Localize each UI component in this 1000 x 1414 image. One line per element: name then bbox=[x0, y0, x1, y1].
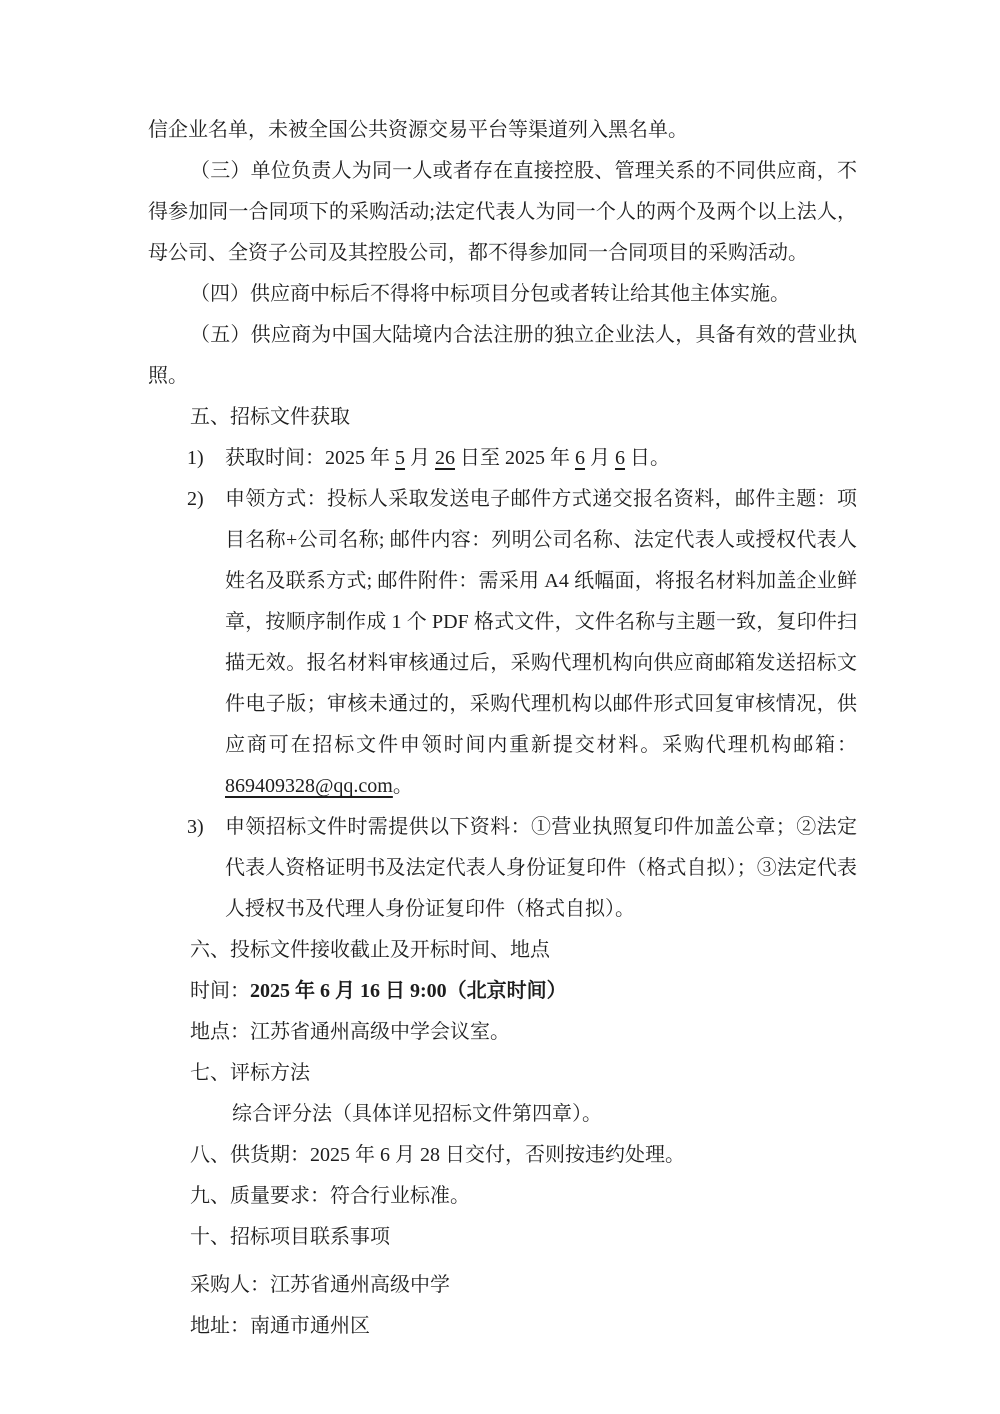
time-value: 2025 年 6 月 16 日 9:00（北京时间） bbox=[250, 980, 567, 1002]
underlined-month-start: 5 bbox=[395, 447, 405, 469]
time-label: 时间： bbox=[190, 980, 250, 1002]
underlined-month-end: 6 bbox=[575, 447, 585, 469]
list-item-1-text-3: 日至 2025 年 bbox=[455, 447, 575, 469]
clause-3: （三）单位负责人为同一人或者存在直接控股、管理关系的不同供应商，不得参加同一合同… bbox=[148, 151, 857, 274]
continuation-line: 信企业名单，未被全国公共资源交易平台等渠道列入黑名单。 bbox=[148, 110, 857, 151]
list-item-2-text: 申领方式：投标人采取发送电子邮件方式递交报名资料，邮件主题：项目名称+公司名称;… bbox=[225, 488, 857, 756]
list-item-3-text: 申领招标文件时需提供以下资料：①营业执照复印件加盖公章；②法定代表人资格证明书及… bbox=[225, 816, 857, 920]
document-page: 信企业名单，未被全国公共资源交易平台等渠道列入黑名单。 （三）单位负责人为同一人… bbox=[0, 0, 1000, 1414]
list-item-1-text-5: 日。 bbox=[625, 447, 670, 469]
section-6-heading: 六、投标文件接收截止及开标时间、地点 bbox=[148, 930, 857, 971]
list-item-2-number: 2) bbox=[187, 479, 204, 520]
list-item-1: 1) 获取时间：2025 年 5 月 26 日至 2025 年 6 月 6 日。 bbox=[148, 438, 857, 479]
list-item-3: 3) 申领招标文件时需提供以下资料：①营业执照复印件加盖公章；②法定代表人资格证… bbox=[148, 807, 857, 930]
evaluation-method-line: 综合评分法（具体详见招标文件第四章）。 bbox=[148, 1094, 857, 1135]
list-item-2: 2) 申领方式：投标人采取发送电子邮件方式递交报名资料，邮件主题：项目名称+公司… bbox=[148, 479, 857, 807]
buyer-line: 采购人：江苏省通州高级中学 bbox=[148, 1265, 857, 1306]
section-5-heading: 五、招标文件获取 bbox=[148, 397, 857, 438]
list-item-1-text-2: 月 bbox=[405, 447, 435, 469]
list-item-1-number: 1) bbox=[187, 438, 204, 479]
document-body: 信企业名单，未被全国公共资源交易平台等渠道列入黑名单。 （三）单位负责人为同一人… bbox=[148, 110, 857, 1347]
agency-email: 869409328@qq.com bbox=[225, 775, 393, 797]
section-8-line: 八、供货期：2025 年 6 月 28 日交付，否则按违约处理。 bbox=[148, 1135, 857, 1176]
section-7-heading: 七、评标方法 bbox=[148, 1053, 857, 1094]
clause-4: （四）供应商中标后不得将中标项目分包或者转让给其他主体实施。 bbox=[148, 274, 857, 315]
clause-5: （五）供应商为中国大陆境内合法注册的独立企业法人，具备有效的营业执照。 bbox=[148, 315, 857, 397]
list-item-2-text-end: 。 bbox=[393, 775, 413, 797]
list-item-3-number: 3) bbox=[187, 807, 204, 848]
list-item-1-text-1: 获取时间：2025 年 bbox=[225, 447, 395, 469]
address-line: 地址：南通市通州区 bbox=[148, 1306, 857, 1347]
section-9-line: 九、质量要求：符合行业标准。 bbox=[148, 1176, 857, 1217]
underlined-day-start: 26 bbox=[435, 447, 455, 469]
bid-place-line: 地点：江苏省通州高级中学会议室。 bbox=[148, 1012, 857, 1053]
underlined-day-end: 6 bbox=[615, 447, 625, 469]
section-10-heading: 十、招标项目联系事项 bbox=[148, 1217, 857, 1258]
bid-deadline-line: 时间：2025 年 6 月 16 日 9:00（北京时间） bbox=[148, 971, 857, 1012]
list-item-1-text-4: 月 bbox=[585, 447, 615, 469]
